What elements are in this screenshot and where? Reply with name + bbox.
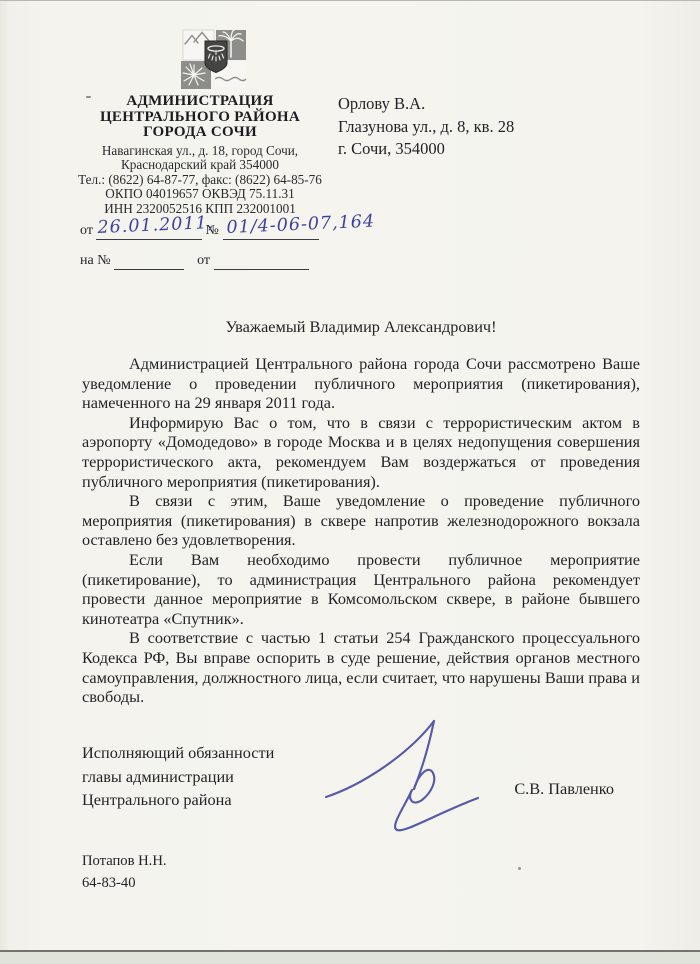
addressee-block: Орлову В.А. Глазунова ул., д. 8, кв. 28 … — [338, 93, 514, 161]
addressee-name: Орлову В.А. — [338, 93, 514, 116]
from-label: от — [80, 223, 93, 240]
org-okpo-line: ОКПО 04019657 ОКВЭД 75.11.31 — [52, 187, 348, 202]
executor-block: Потапов Н.Н. 64-83-40 — [82, 850, 167, 894]
body-paragraph: В связи с этим, Ваше уведомление о прове… — [82, 491, 640, 550]
org-name-line: ЦЕНТРАЛЬНОГО РАЙОНА — [52, 110, 348, 126]
org-details: Навагинская ул., д. 18, город Сочи, Крас… — [52, 144, 348, 217]
incoming-ref-row: на № от — [80, 252, 309, 270]
signer-name: С.В. Павленко — [514, 779, 614, 799]
org-name-line: АДМИНИСТРАЦИЯ — [52, 94, 348, 110]
org-phone-line: Тел.: (8622) 64-87-77, факс: (8622) 64-8… — [52, 173, 348, 188]
outgoing-ref-row: от26.01.2011, №01/4-06-07,164 — [80, 222, 319, 240]
body-paragraph: Администрацией Центрального района город… — [82, 354, 640, 413]
org-address-line: Краснодарский край 354000 — [52, 158, 348, 173]
salutation: Уважаемый Владимир Александрович! — [82, 317, 640, 337]
signature-block: Исполняющий обязанности главы администра… — [82, 741, 640, 861]
executor-name: Потапов Н.Н. — [82, 850, 167, 872]
reply-number-blank-line — [114, 252, 184, 270]
executor-phone: 64-83-40 — [82, 872, 167, 894]
number-blank-line: 01/4-06-07,164 — [223, 222, 319, 240]
reply-number-label: на № — [80, 253, 111, 270]
date-blank-line: 26.01.2011, — [96, 222, 202, 240]
reply-from-label: от — [197, 253, 210, 270]
paper-bottom-edge — [0, 950, 700, 964]
reply-date-blank-line — [214, 252, 309, 270]
scan-artifact-dot — [518, 867, 521, 870]
body-paragraph: Если Вам необходимо провести публичное м… — [82, 550, 640, 628]
org-address-line: Навагинская ул., д. 18, город Сочи, — [52, 144, 348, 159]
body-paragraph: Информирую Вас о том, что в связи с терр… — [82, 413, 640, 491]
scanned-letter-page: АДМИНИСТРАЦИЯ ЦЕНТРАЛЬНОГО РАЙОНА ГОРОДА… — [0, 0, 700, 964]
sochi-coat-of-arms-icon — [180, 27, 252, 91]
letter-body: Уважаемый Владимир Александрович! Админи… — [82, 317, 640, 707]
letterhead: АДМИНИСТРАЦИЯ ЦЕНТРАЛЬНОГО РАЙОНА ГОРОДА… — [52, 94, 348, 216]
handwritten-signature — [310, 713, 520, 837]
org-name-line: ГОРОДА СОЧИ — [52, 125, 348, 141]
handwritten-date: 26.01.2011, — [97, 213, 215, 238]
addressee-city: г. Сочи, 354000 — [338, 138, 514, 161]
addressee-street: Глазунова ул., д. 8, кв. 28 — [338, 116, 514, 139]
body-paragraph: В соответствие с частью 1 статьи 254 Гра… — [82, 628, 640, 706]
